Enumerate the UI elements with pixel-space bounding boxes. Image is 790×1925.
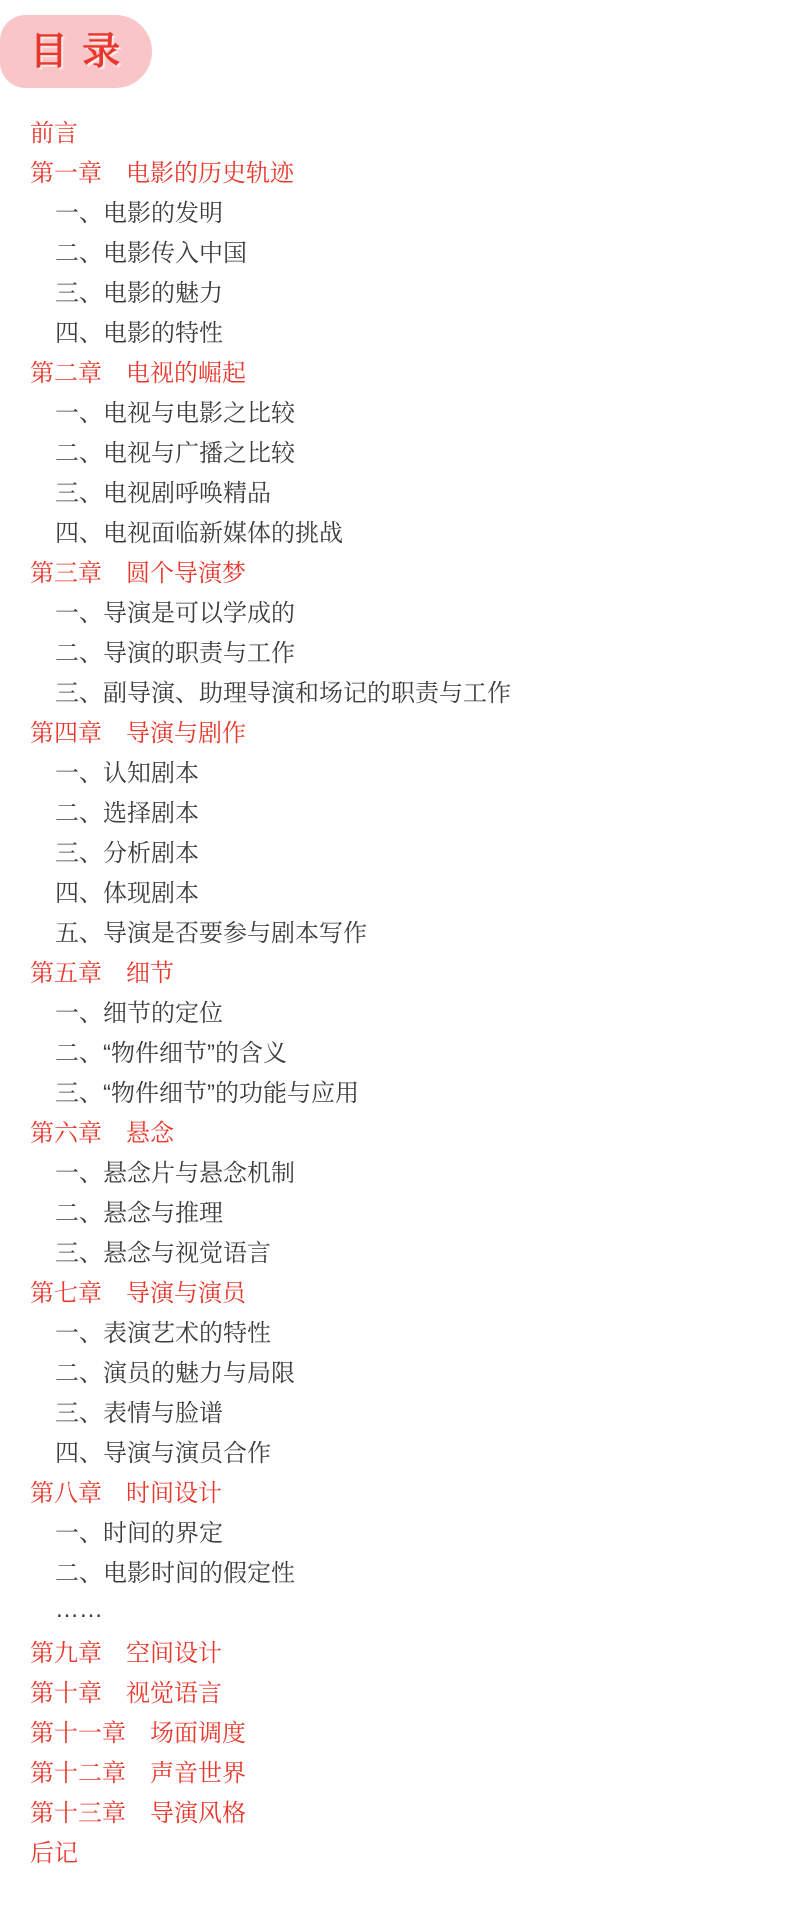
toc-sub-item: 一、电视与电影之比较 <box>0 390 790 430</box>
toc-sub-item: 三、表情与脸谱 <box>0 1390 790 1430</box>
toc-sub-item: 二、电影传入中国 <box>0 230 790 270</box>
toc-sub-item: 二、“物件细节”的含义 <box>0 1030 790 1070</box>
toc-sub-item: 三、悬念与视觉语言 <box>0 1230 790 1270</box>
toc-sub-item: 一、导演是可以学成的 <box>0 590 790 630</box>
toc-badge-label: 目 录 <box>30 33 123 71</box>
toc-sub-item: 三、电影的魅力 <box>0 270 790 310</box>
toc-chapter-item: 第十三章 导演风格 <box>0 1790 790 1830</box>
toc-sub-item: 四、导演与演员合作 <box>0 1430 790 1470</box>
toc-sub-item: 四、电视面临新媒体的挑战 <box>0 510 790 550</box>
toc-sub-item: 二、电视与广播之比较 <box>0 430 790 470</box>
toc-chapter-item: 第十章 视觉语言 <box>0 1670 790 1710</box>
toc-sub-item: 三、分析剧本 <box>0 830 790 870</box>
toc-sub-item: 二、电影时间的假定性 <box>0 1550 790 1590</box>
toc-chapter-item: 第四章 导演与剧作 <box>0 710 790 750</box>
toc-sub-item: 一、时间的界定 <box>0 1510 790 1550</box>
toc-page: { "colors": { "background": "#ffffff", "… <box>0 0 790 1925</box>
toc-chapter-item: 第八章 时间设计 <box>0 1470 790 1510</box>
toc-chapter-item: 第七章 导演与演员 <box>0 1270 790 1310</box>
toc-list: 前言第一章 电影的历史轨迹一、电影的发明二、电影传入中国三、电影的魅力四、电影的… <box>0 110 790 1870</box>
toc-ellipsis: …… <box>0 1590 790 1630</box>
toc-sub-item: 一、表演艺术的特性 <box>0 1310 790 1350</box>
toc-chapter-item: 前言 <box>0 110 790 150</box>
toc-chapter-item: 第十二章 声音世界 <box>0 1750 790 1790</box>
toc-chapter-item: 第五章 细节 <box>0 950 790 990</box>
toc-chapter-item: 第九章 空间设计 <box>0 1630 790 1670</box>
toc-sub-item: 二、选择剧本 <box>0 790 790 830</box>
toc-badge: 目 录 <box>0 15 152 88</box>
toc-sub-item: 三、副导演、助理导演和场记的职责与工作 <box>0 670 790 710</box>
toc-chapter-item: 第一章 电影的历史轨迹 <box>0 150 790 190</box>
toc-sub-item: 一、认知剧本 <box>0 750 790 790</box>
toc-sub-item: 二、演员的魅力与局限 <box>0 1350 790 1390</box>
toc-sub-item: 四、体现剧本 <box>0 870 790 910</box>
toc-chapter-item: 第六章 悬念 <box>0 1110 790 1150</box>
toc-sub-item: 三、“物件细节”的功能与应用 <box>0 1070 790 1110</box>
toc-sub-item: 四、电影的特性 <box>0 310 790 350</box>
toc-chapter-item: 第三章 圆个导演梦 <box>0 550 790 590</box>
toc-sub-item: 二、悬念与推理 <box>0 1190 790 1230</box>
toc-sub-item: 五、导演是否要参与剧本写作 <box>0 910 790 950</box>
toc-chapter-item: 第十一章 场面调度 <box>0 1710 790 1750</box>
toc-sub-item: 一、电影的发明 <box>0 190 790 230</box>
toc-sub-item: 二、导演的职责与工作 <box>0 630 790 670</box>
toc-chapter-item: 后记 <box>0 1830 790 1870</box>
toc-sub-item: 一、细节的定位 <box>0 990 790 1030</box>
toc-sub-item: 一、悬念片与悬念机制 <box>0 1150 790 1190</box>
toc-sub-item: 三、电视剧呼唤精品 <box>0 470 790 510</box>
toc-chapter-item: 第二章 电视的崛起 <box>0 350 790 390</box>
